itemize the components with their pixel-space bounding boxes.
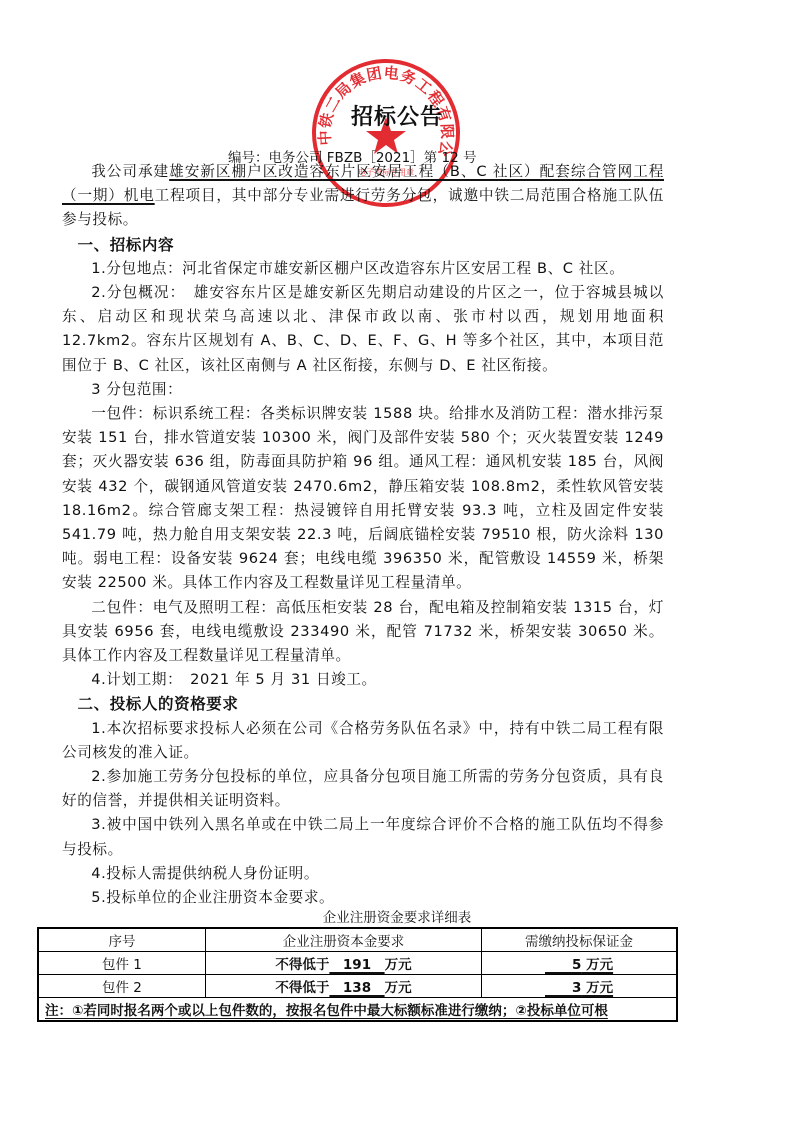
intro-paragraph: 我公司承建雄安新区棚户区改造容东片区安居工程（B、C 社区）配套综合管网工程（一… <box>62 160 664 233</box>
paragraph: 4.投标人需提供纳税人身份证明。 <box>62 862 664 886</box>
section-heading-qualifications: 二、投标人的资格要求 <box>62 692 664 716</box>
package-cell: 包件 1 <box>38 952 205 975</box>
deposit-cell: 5 万元 <box>482 952 677 975</box>
section-heading-bid-content: 一、招标内容 <box>62 233 664 257</box>
capital-unit: 万元 <box>385 957 412 973</box>
capital-cell: 不得低于 138 万元 <box>205 975 481 998</box>
table-note-row: 注：①若同时报名两个或以上包件数的，按报名包件中最大标额标准进行缴纳；②投标单位… <box>38 998 677 1022</box>
deposit-value: 5 万元 <box>545 957 613 973</box>
table-row: 包件 2 不得低于 138 万元 3 万元 <box>38 975 677 998</box>
paragraph: 二包件：电气及照明工程：高低压柜安装 28 台，配电箱及控制箱安装 1315 台… <box>62 596 664 669</box>
table-header-row: 序号 企业注册资本金要求 需缴纳投标保证金 <box>38 928 677 952</box>
header-cell: 企业注册资本金要求 <box>205 928 481 952</box>
document-page: 中铁二局集团电务工程有限公司 电子招标专用章 招标公告 编号：电务公司 FBZB… <box>0 0 794 1123</box>
deposit-unit: 万元 <box>581 980 613 996</box>
header-cell: 序号 <box>38 928 205 952</box>
capital-requirements-table: 序号 企业注册资本金要求 需缴纳投标保证金 包件 1 不得低于 191 万元 5… <box>37 927 678 1022</box>
deposit-cell: 3 万元 <box>482 975 677 998</box>
paragraph: 4.计划工期： 2021 年 5 月 31 日竣工。 <box>62 668 664 692</box>
page-title: 招标公告 <box>0 100 794 131</box>
table-note: 注：①若同时报名两个或以上包件数的，按报名包件中最大标额标准进行缴纳；②投标单位… <box>38 998 677 1022</box>
paragraph: 一包件：标识系统工程：各类标识牌安装 1588 块。给排水及消防工程：潜水排污泵… <box>62 402 664 596</box>
capital-unit: 万元 <box>385 980 412 996</box>
capital-value: 138 <box>329 980 384 996</box>
paragraph: 2.分包概况： 雄安容东片区是雄安新区先期启动建设的片区之一，位于容城县城以东、… <box>62 281 664 378</box>
intro-prefix: 我公司承建 <box>91 163 169 180</box>
deposit-amount: 3 <box>545 980 581 996</box>
capital-prefix: 不得低于 <box>275 980 329 996</box>
deposit-value: 3 万元 <box>545 980 613 996</box>
paragraph: 2.参加施工劳务分包投标的单位，应具备分包项目施工所需的劳务分包资质，具有良好的… <box>62 765 664 813</box>
paragraph: 3 分包范围： <box>62 378 664 402</box>
capital-cell: 不得低于 191 万元 <box>205 952 481 975</box>
capital-value: 191 <box>329 957 384 973</box>
capital-prefix: 不得低于 <box>275 957 329 973</box>
paragraph: 1.分包地点：河北省保定市雄安新区棚户区改造容东片区安居工程 B、C 社区。 <box>62 257 664 281</box>
deposit-unit: 万元 <box>581 957 613 973</box>
paragraph: 5.投标单位的企业注册资本金要求。 <box>62 886 664 910</box>
header-cell: 需缴纳投标保证金 <box>482 928 677 952</box>
package-cell: 包件 2 <box>38 975 205 998</box>
paragraph: 1.本次招标要求投标人必须在公司《合格劳务队伍名录》中，持有中铁二局工程有限公司… <box>62 717 664 765</box>
table-row: 包件 1 不得低于 191 万元 5 万元 <box>38 952 677 975</box>
paragraph: 3.被中国中铁列入黑名单或在中铁二局上一年度综合评价不合格的施工队伍均不得参与投… <box>62 813 664 861</box>
document-body: 我公司承建雄安新区棚户区改造容东片区安居工程（B、C 社区）配套综合管网工程（一… <box>62 160 664 910</box>
deposit-amount: 5 <box>545 957 581 973</box>
